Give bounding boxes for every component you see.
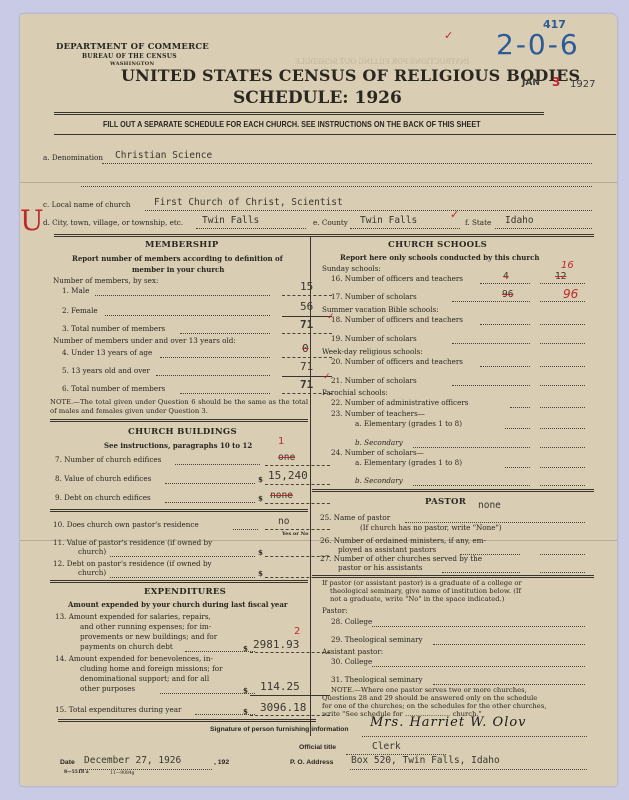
q26-line-2: ployed as assistant pastors [338, 545, 436, 554]
received-stamp-year: 1927 [570, 79, 595, 90]
q18-field-a[interactable] [480, 324, 530, 325]
dots [480, 283, 530, 284]
date-value[interactable]: December 27, 1926 [84, 755, 181, 766]
q17-value-a[interactable]: 96 [502, 289, 513, 300]
q17-label: 17. Number of scholars [331, 292, 417, 301]
q24b-field-a[interactable] [413, 485, 530, 486]
q26-field[interactable] [540, 554, 585, 555]
edifices-value-label: 8. Value of church edifices [55, 474, 151, 483]
dots [180, 393, 270, 394]
dots [165, 502, 255, 503]
dots [175, 464, 260, 465]
over-13-label: 5. 13 years old and over [62, 366, 150, 375]
city-value[interactable]: Twin Falls [202, 215, 259, 226]
local-name-value[interactable]: First Church of Christ, Scientist [154, 197, 343, 208]
department-name: DEPARTMENT OF COMMERCE [56, 42, 209, 52]
q23b-label: b. Secondary [355, 438, 403, 447]
q13-value[interactable]: 2981.93 [253, 638, 299, 651]
official-title-value[interactable]: Clerk [372, 741, 401, 752]
q20-label: 20. Number of officers and teachers [331, 357, 463, 366]
section-divider [312, 489, 594, 492]
pastor-name-value[interactable]: none [478, 500, 501, 511]
owns-residence-label: 10. Does church own pastor's residence [53, 520, 199, 529]
pastor-title: PASTOR [425, 497, 466, 507]
q30-label: 30. College [331, 657, 372, 666]
q22-field-b[interactable] [540, 407, 585, 408]
q21-field-a[interactable] [452, 385, 530, 386]
membership-subtitle-2: member in your church [132, 265, 224, 274]
value-line [282, 333, 332, 334]
q24a-field-a[interactable] [505, 467, 530, 468]
q15-label: 15. Total expenditures during year [55, 705, 181, 714]
instruction-banner: FILL OUT A SEPARATE SCHEDULE FOR EACH CH… [103, 119, 545, 129]
q21-field-b[interactable] [540, 385, 585, 386]
owns-residence-value[interactable]: no [278, 516, 289, 527]
q18-field-b[interactable] [540, 324, 585, 325]
residence-value-label-2: church) [78, 547, 106, 556]
margin-mark: U [20, 204, 44, 237]
q14-line-3: denominational support; and for all [80, 674, 209, 683]
form-title: UNITED STATES CENSUS OF RELIGIOUS BODIES [121, 66, 580, 85]
state-line [495, 228, 592, 229]
q25-hint: (If church has no pastor, write "None") [360, 523, 502, 532]
local-name-line [145, 210, 592, 211]
q13-line-1: 13. Amount expended for salaries, repair… [55, 612, 211, 621]
q24-label: 24. Number of scholars— [331, 448, 424, 457]
under-13-label: 4. Under 13 years of age [62, 348, 152, 357]
section-divider [58, 719, 316, 722]
yes-no-hint: Yes or No [282, 531, 309, 537]
dots [233, 529, 258, 530]
edifices-debt-value[interactable]: none [270, 490, 293, 501]
q19-label: 19. Number of scholars [331, 334, 417, 343]
dollar-sign: $ [258, 494, 263, 503]
q13-line-2: and other running expenses; for im- [80, 622, 211, 631]
q24a-field-b[interactable] [540, 467, 585, 468]
dots [95, 295, 270, 296]
dots [105, 315, 270, 316]
q25-label: 25. Name of pastor [320, 513, 390, 522]
buildings-subtitle: See instructions, paragraphs 10 to 12 [104, 441, 252, 450]
value-line [265, 529, 330, 530]
dots [180, 333, 270, 334]
sum-line [250, 695, 330, 696]
q19-field-a[interactable] [452, 343, 530, 344]
q13-line-3: provements or new buildings; and for [80, 632, 217, 641]
county-value[interactable]: Twin Falls [360, 215, 417, 226]
dollar-sign: $ [243, 644, 248, 653]
dollar-sign: $ [243, 686, 248, 695]
check-mark-icon: ✓ [450, 208, 459, 221]
state-label: f. State [465, 218, 491, 227]
expenditures-title: EXPENDITURES [144, 587, 226, 597]
q29-field[interactable] [433, 644, 585, 645]
q23a-label: a. Elementary (grades 1 to 8) [355, 419, 462, 428]
dollar-sign: $ [258, 548, 263, 557]
q16-value-a[interactable]: 4 [503, 271, 509, 282]
value-line [282, 295, 332, 296]
local-name-label: c. Local name of church [43, 200, 131, 209]
census-form-page: INSTRUCTIONS FOR FILLING OUT SCHEDULE DE… [20, 14, 617, 786]
q20-field-a[interactable] [480, 366, 530, 367]
q30-field[interactable] [372, 666, 585, 667]
edifices-count-value[interactable]: one [278, 452, 295, 463]
value-line [265, 484, 330, 485]
q23a-field-b[interactable] [540, 428, 585, 429]
state-value[interactable]: Idaho [505, 215, 534, 226]
over-13-value[interactable]: 71 [300, 360, 313, 373]
dollar-sign: $ [258, 475, 263, 484]
edifices-value-value[interactable]: 15,240 [268, 469, 308, 482]
q22-field-a[interactable] [510, 407, 530, 408]
q24b-label: b. Secondary [355, 476, 403, 485]
banner-divider [54, 134, 616, 135]
dots [540, 301, 585, 302]
membership-title: MEMBERSHIP [145, 240, 219, 250]
q14-line-2: cluding home and foreign missions; for [80, 664, 223, 673]
check-mark-icon: ✓ [323, 372, 331, 382]
value-line [265, 465, 330, 466]
q16-value-b[interactable]: 12 [555, 271, 566, 282]
dots [350, 769, 587, 770]
dots [452, 301, 530, 302]
membership-subtitle: Report number of members according to de… [72, 254, 283, 263]
value-line [265, 503, 330, 504]
total-members-2-value[interactable]: 71 [300, 378, 313, 391]
section-divider [312, 575, 594, 578]
graduate-instruction-3: not a graduate, write "No" in the space … [330, 595, 504, 604]
q13-line-4: payments on church debt [80, 642, 173, 651]
q21-label: 21. Number of scholars [331, 376, 417, 385]
q15-value[interactable]: 3096.18 [260, 701, 306, 714]
schools-title: CHURCH SCHOOLS [388, 240, 487, 250]
total-members-2-label: 6. Total number of members [62, 384, 165, 393]
female-label: 2. Female [62, 306, 98, 315]
header-divider [54, 112, 544, 115]
q28-label: 28. College [331, 617, 372, 626]
section-divider [50, 509, 308, 512]
buildings-title: CHURCH BUILDINGS [128, 427, 237, 437]
pastor-subheading: Pastor: [322, 606, 348, 615]
section-divider [50, 419, 308, 422]
assistant-pastor-subheading: Assistant pastor: [322, 647, 383, 656]
residence-debt-label: 12. Debt on pastor's residence (if owned… [53, 559, 212, 568]
by-age-heading: Number of members under and over 13 year… [53, 336, 236, 345]
q31-label: 31. Theological seminary [331, 675, 423, 684]
fold-line [20, 182, 617, 183]
q23b-field-a[interactable] [413, 447, 530, 448]
q20-field-b[interactable] [540, 366, 585, 367]
dots [362, 736, 587, 737]
q14-value[interactable]: 114.25 [260, 680, 300, 693]
edifices-debt-label: 9. Debt on church edifices [55, 493, 151, 502]
q24a-label: a. Elementary (grades 1 to 8) [355, 458, 462, 467]
q14-line-4: other purposes [80, 684, 135, 693]
denomination-label: a. Denomination [43, 153, 103, 162]
q28-field[interactable] [372, 626, 585, 627]
total-members-value[interactable]: 71 [300, 318, 313, 331]
value-line [282, 357, 332, 358]
dots [156, 375, 270, 376]
blank-line [81, 186, 592, 187]
dots [110, 556, 255, 557]
city-line [196, 228, 306, 229]
dots [165, 483, 255, 484]
signature-value[interactable]: Mrs. Harriet W. Olov [370, 715, 527, 730]
edifices-count-label: 7. Number of church edifices [55, 455, 161, 464]
q26-line-1: 26. Number of ordained ministers, if any… [320, 536, 486, 545]
dollar-sign: $ [258, 569, 263, 578]
po-address-value[interactable]: Box 520, Twin Falls, Idaho [351, 755, 500, 766]
signature-label: Signature of person furnishing informati… [210, 726, 349, 733]
under-13-value[interactable]: 0 [302, 342, 309, 355]
denomination-value[interactable]: Christian Science [115, 150, 212, 161]
date-label: Date [60, 759, 75, 766]
schools-subtitle: Report here only schools conducted by th… [340, 253, 539, 262]
q16-correction: 16 [561, 260, 574, 271]
dots [442, 572, 520, 573]
q27-line-1: 27. Number of other churches served by t… [320, 554, 482, 563]
membership-note: NOTE.—The total given under Question 6 s… [50, 398, 308, 415]
dots [160, 357, 270, 358]
received-stamp-day: 3 [552, 75, 560, 89]
q23b-field-b[interactable] [540, 447, 585, 448]
form-code-1: 8—5518 a [64, 770, 89, 775]
q23a-field-a[interactable] [505, 428, 530, 429]
sum-line [282, 316, 332, 317]
bureau-name: BUREAU OF THE CENSUS [82, 53, 177, 60]
weekday-schools-heading: Week-day religious schools: [322, 347, 423, 356]
q22-label: 22. Number of administrative officers [331, 398, 468, 407]
residence-debt-label-2: church) [78, 568, 106, 577]
expenditures-subtitle: Amount expended by your church during la… [68, 600, 288, 609]
received-stamp-month: JAN [522, 78, 540, 88]
q24b-field-b[interactable] [540, 485, 585, 486]
value-line [250, 715, 330, 716]
county-line [350, 228, 460, 229]
q16-label: 16. Number of officers and teachers [331, 274, 463, 283]
section-divider [50, 580, 308, 583]
section-divider [54, 234, 594, 237]
dots [540, 283, 585, 284]
q19-field-b[interactable] [540, 343, 585, 344]
q23-label: 23. Number of teachers— [331, 409, 425, 418]
q27-line-2: pastor or his assistants [338, 563, 423, 572]
date-suffix: , 192 [214, 759, 229, 766]
q17-correction: 96 [563, 287, 578, 301]
edifices-correction: 1 [278, 436, 284, 447]
form-code-2: 11—9084g [110, 771, 135, 776]
q31-field[interactable] [433, 684, 585, 685]
check-mark-icon: ✓ [444, 29, 453, 42]
dots [160, 693, 255, 694]
male-value[interactable]: 15 [300, 280, 313, 293]
q29-label: 29. Theological seminary [331, 635, 423, 644]
female-value[interactable]: 56 [300, 300, 313, 313]
county-label: e. County [313, 218, 348, 227]
bleed-through-text: INSTRUCTIONS FOR FILLING OUT SCHEDULE [295, 58, 469, 66]
by-sex-heading: Number of members, by sex: [53, 276, 158, 285]
residence-value-label: 11. Value of pastor's residence (if owne… [53, 538, 212, 547]
official-title-label: Official title [299, 744, 336, 751]
sunday-schools-heading: Sunday schools: [322, 264, 381, 273]
q13-correction: 2 [294, 626, 300, 637]
q27-field[interactable] [540, 572, 585, 573]
dots [80, 769, 212, 770]
q14-line-1: 14. Amount expended for benevolences, in… [55, 654, 213, 663]
schedule-title: SCHEDULE: 1926 [233, 88, 402, 108]
dollar-sign: $ [243, 707, 248, 716]
denomination-line [102, 163, 592, 164]
total-members-label: 3. Total number of members [62, 324, 165, 333]
q18-label: 18. Number of officers and teachers [331, 315, 463, 324]
handwritten-code: 2-0-6 [496, 28, 580, 61]
po-address-label: P. O. Address [290, 759, 333, 766]
parochial-schools-heading: Parochial schools: [322, 388, 388, 397]
male-label: 1. Male [62, 286, 89, 295]
city-label: d. City, town, village, or township, etc… [43, 218, 183, 227]
summer-schools-heading: Summer vacation Bible schools: [322, 305, 439, 314]
value-line [250, 652, 330, 653]
dots [110, 577, 255, 578]
